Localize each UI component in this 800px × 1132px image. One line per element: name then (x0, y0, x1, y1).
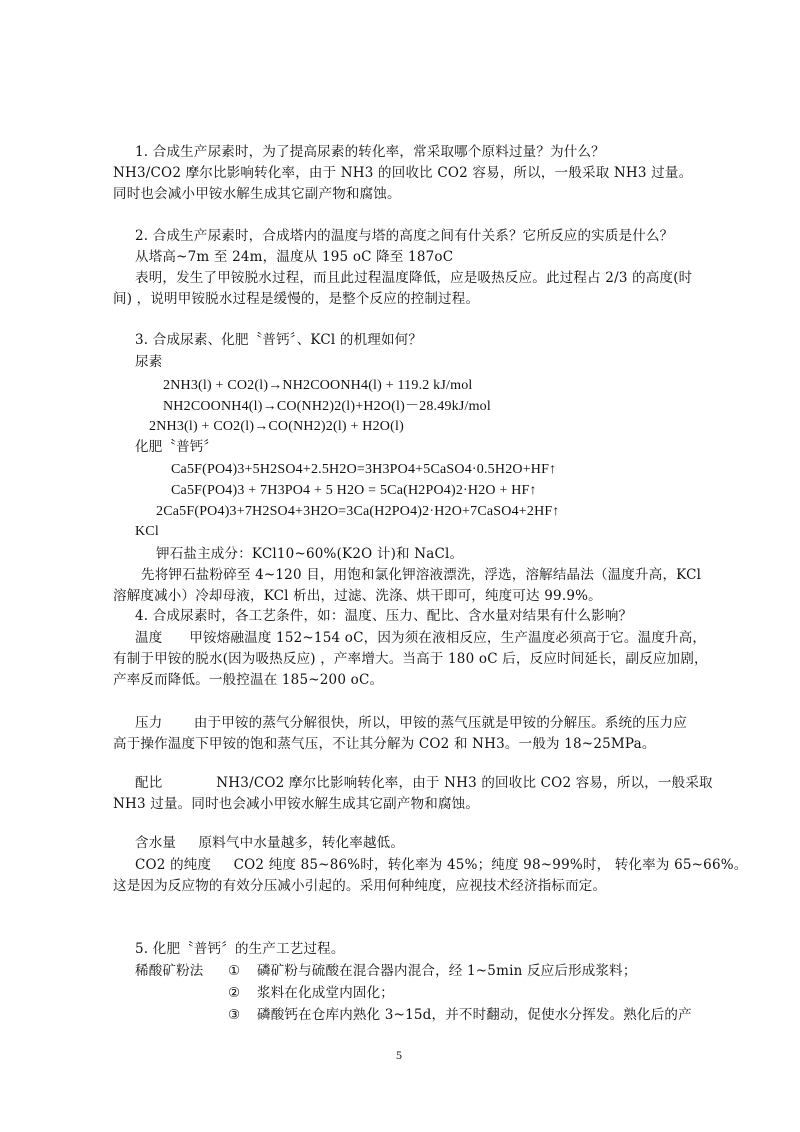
method-label: 稀酸矿粉法 (135, 962, 204, 980)
question-3-title: 3. 合成尿素、化肥〝普钙〞、KCl 的机理如何？ (135, 331, 422, 349)
pressure-line: 高于操作温度下甲铵的饱和蒸气压，不让其分解为 CO2 和 NH3。一般为 18~… (113, 735, 656, 753)
ratio-line: 配比 NH3/CO2 摩尔比影响转化率，由于 NH3 的回收比 CO2 容易，所… (135, 774, 713, 792)
question-1-answer-line: 同时也会减小甲铵水解生成其它副产物和腐蚀。 (113, 185, 401, 203)
page-number: 5 (396, 1048, 402, 1063)
question-2-answer-line: 间) ，说明甲铵脱水过程是缓慢的，是整个反应的控制过程。 (113, 290, 479, 308)
ratio-line: NH3 过量。同时也会减小甲铵水解生成其它副产物和腐蚀。 (113, 795, 479, 813)
temperature-line: 有制于甲铵的脱水(因为吸热反应) ，产率增大。当高于 180 oC 后，反应时间… (113, 650, 708, 668)
co2-purity-line: CO2 的纯度 CO2 纯度 85~86%时，转化率为 45%；纯度 98~99… (135, 856, 747, 874)
question-5-title: 5. 化肥〝普钙〞的生产工艺过程。 (135, 940, 345, 958)
superphosphate-equation: Ca5F(PO4)3+5H2SO4+2.5H2O=3H3PO4+5CaSO4·0… (171, 461, 556, 479)
step-text: 磷酸钙在仓库内熟化 3~15d，并不时翻动，促使水分挥发。熟化后的产 (257, 1006, 692, 1024)
superphosphate-equation: 2Ca5F(PO4)3+7H2SO4+3H2O=3Ca(H2PO4)2·H2O+… (156, 503, 560, 521)
question-4-title: 4. 合成尿素时，各工艺条件，如：温度、压力、配比、含水量对结果有什么影响？ (135, 607, 632, 625)
urea-label: 尿素 (135, 353, 162, 371)
co2-purity-line: 这是因为反应物的有效分压减小引起的。采用何种纯度，应视技术经济指标而定。 (113, 877, 606, 895)
superphosphate-equation: Ca5F(PO4)3 + 7H3PO4 + 5 H2O = 5Ca(H2PO4)… (171, 482, 537, 500)
document-page: 1. 合成生产尿素时，为了提高尿素的转化率，常采取哪个原料过量？为什么？ NH3… (0, 0, 800, 1132)
step-marker: ② (228, 984, 240, 1002)
step-marker: ③ (228, 1006, 240, 1024)
urea-equation: 2NH3(l) + CO2(l)→CO(NH2)2(l) + H2O(l) (149, 418, 404, 436)
kcl-label: KCl (135, 523, 159, 541)
superphosphate-label: 化肥〝普钙〞 (135, 438, 217, 456)
question-2-answer-line: 表明，发生了甲铵脱水过程，而且此过程温度降低，应是吸热反应。此过程占 2/3 的… (135, 269, 692, 287)
pressure-line: 压力 由于甲铵的蒸气分解很快，所以，甲铵的蒸气压就是甲铵的分解压。系统的压力应 (135, 714, 687, 732)
step-text: 浆料在化成堂内固化； (257, 984, 394, 1002)
kcl-line: 钾石盐主成分：KCl10~60%(K2O 计)和 NaCl。 (156, 545, 463, 563)
urea-equation: 2NH3(l) + CO2(l)→NH2COONH4(l) + 119.2 kJ… (163, 377, 473, 395)
question-1-answer-line: NH3/CO2 摩尔比影响转化率，由于 NH3 的回收比 CO2 容易，所以，一… (113, 164, 692, 182)
temperature-line: 温度 甲铵熔融温度 152~154 oC，因为须在液相反应，生产温度必须高于它。… (135, 629, 706, 647)
kcl-line: 先将钾石盐粉碎至 4~120 目，用饱和氯化钾溶液漂洗，浮选，溶解结晶法（温度升… (141, 566, 701, 584)
step-text: 磷矿粉与硫酸在混合器内混合，经 1~5min 反应后形成浆料； (257, 962, 637, 980)
question-2-title: 2. 合成生产尿素时，合成塔内的温度与塔的高度之间有什关系？它所反应的实质是什么… (135, 227, 673, 245)
urea-equation: NH2COONH4(l)→CO(NH2)2(l)+H2O(l)－28.49kJ/… (163, 398, 491, 416)
temperature-line: 产率反而降低。一般控温在 185~200 oC。 (113, 671, 383, 689)
step-marker: ① (228, 962, 240, 980)
question-2-answer-line: 从塔高~7m 至 24m，温度从 195 oC 降至 187oC (135, 248, 453, 266)
question-1-title: 1. 合成生产尿素时，为了提高尿素的转化率，常采取哪个原料过量？为什么？ (135, 143, 605, 161)
water-content-line: 含水量 原料气中水量越多，转化率越低。 (135, 834, 404, 852)
kcl-line: 溶解度减小）冷却母液，KCl 析出，过滤、洗涤、烘干即可，纯度可达 99.9%。 (113, 587, 602, 605)
